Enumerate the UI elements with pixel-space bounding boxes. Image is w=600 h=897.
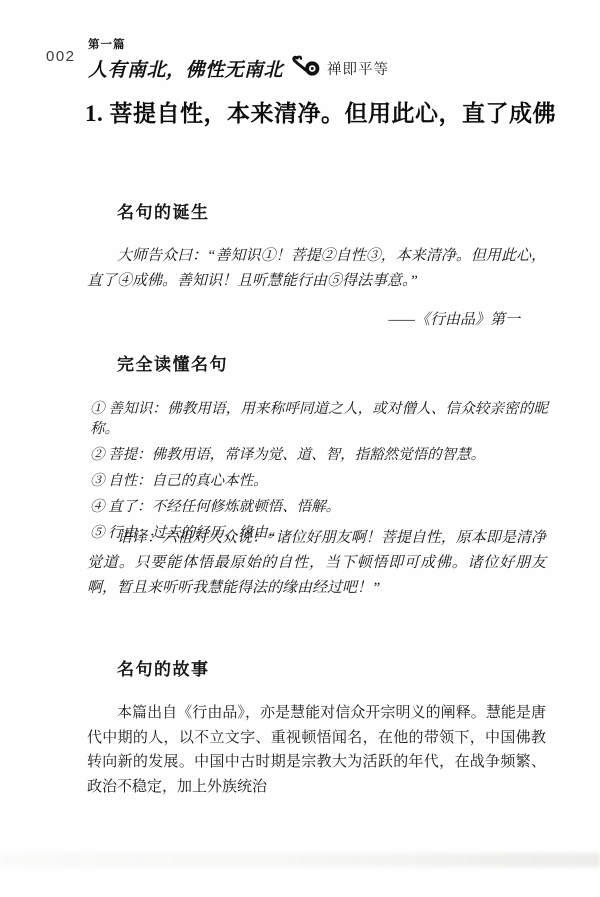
page-bottom-shadow [0,853,600,867]
page-title: 1. 菩提自性，本来清净。但用此心，直了成佛 [85,97,555,131]
annotation-item: ③ 自性：自己的真心本性。 [90,471,548,491]
chapter-header: 第一篇 人有南北，佛性无南北 禅即平等 [88,36,389,82]
chapter-title-calligraphy: 人有南北，佛性无南北 [88,55,283,82]
quote-attribution: ——《行由品》第一 [87,308,520,329]
annotation-item: ① 善知识：佛教用语，用来称呼同道之人，或对僧人、信众较亲密的昵称。 [90,399,548,439]
chapter-label: 第一篇 [88,36,389,52]
section-heading-story: 名句的故事 [117,655,210,680]
page-number: 002 [46,48,76,65]
zen-bird-spiral-icon [292,54,322,82]
annotation-item: ② 菩提：佛教用语，常译为觉、道、智，指豁然觉悟的智慧。 [90,445,548,465]
annotation-item: ④ 直了：不经任何修炼就顿悟、悟解。 [90,497,548,517]
book-page: 002 第一篇 人有南北，佛性无南北 禅即平等 1. 菩提自性，本来清净。但用此… [0,0,600,897]
section-heading-understand: 完全读懂名句 [117,350,228,375]
translation-paragraph: 语译：六祖对大众说：“诸位好朋友啊！菩提自性，原本即是清净觉道。只要能体悟最原始… [87,526,546,601]
scripture-quote: 大师告众曰：“善知识①！菩提②自性③，本来清净。但用此心，直了④成佛。善知识！且… [87,244,546,294]
section-heading-birth: 名句的诞生 [117,198,210,223]
chapter-subtitle: 禅即平等 [327,58,389,79]
story-paragraph: 本篇出自《行由品》，亦是慧能对信众开宗明义的阐释。慧能是唐代中期的人，以不立文字… [87,701,546,799]
